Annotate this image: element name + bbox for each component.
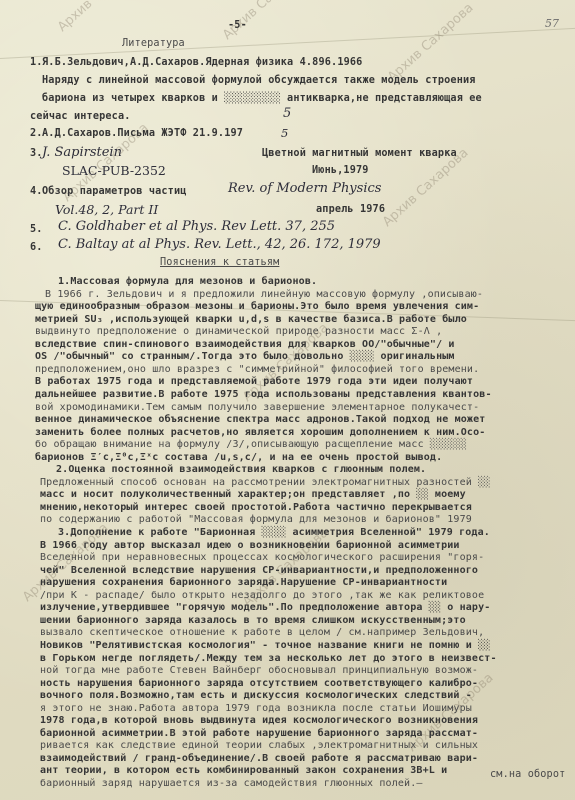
body-text-line: излучение,утвердившее "горячую модель".П…: [40, 602, 490, 613]
body-text-line: взаимодействий / гранд-объединение/.В св…: [40, 753, 478, 764]
body-text-line: барионной асимметрии.В этой работе наруш…: [40, 728, 478, 739]
reference-1-note-line: бариона из четырех кварков и ░░░░░░░░░ а…: [42, 93, 482, 104]
reference-3-title: Цветной магнитный момент кварка: [262, 148, 457, 159]
watermark: Архив Сахарова: [55, 0, 147, 35]
reference-3-author: J. Sapirstein: [42, 145, 122, 160]
body-text-line: шении барионного заряда казалось в то вр…: [40, 615, 466, 626]
reference-2-number: 2.: [30, 128, 43, 139]
scanned-document-page: Архив Сахарова Архив Сахарова Архив Саха…: [0, 0, 575, 800]
reference-3-date: Июнь,1979: [312, 165, 369, 176]
footer-see-reverse: см.на оборот: [490, 769, 565, 780]
body-text-line: мнению,некоторый интерес своей простотой…: [40, 502, 472, 513]
body-text-line: вочного поля.Возможно,там есть и дискусс…: [40, 690, 472, 701]
reference-1-note-line: Наряду с линейной массовой формулой обсу…: [42, 75, 476, 86]
reference-5-number: 5.: [30, 224, 43, 235]
body-text-line: вой хромодинамики.Тем самым получило зав…: [35, 402, 479, 413]
body-text-line: 1.Массовая формула для мезонов и барионо…: [58, 276, 317, 287]
body-text-line: Вселенной при неравновесных процессах ко…: [40, 552, 484, 563]
body-text-line: венное динамическое объяснение спектра м…: [35, 414, 485, 425]
paper-crease: [0, 27, 575, 59]
reference-5-citation: C. Goldhaber et al Phys. Rev Lett. 37, 2…: [58, 219, 335, 234]
reference-4-journal: Rev. of Modern Physics: [228, 181, 381, 196]
references-heading: Литература: [122, 38, 185, 49]
body-text-line: вследствие спин-спинового взаимодействия…: [35, 339, 455, 350]
body-text-line: ант теории, в котором есть комбинированн…: [40, 765, 447, 776]
body-text-line: ность нарушения барионного заряда отсутс…: [40, 678, 478, 689]
body-text-line: выдвинуто предположение о динамической п…: [35, 326, 442, 337]
body-text-line: Новиков "Релятивистская космология" - то…: [40, 640, 490, 651]
body-text-line: 2.Оценка постоянной взаимодействия кварк…: [56, 464, 426, 475]
body-text-line: дальнейшее развитие.В работе 1975 года и…: [35, 389, 492, 400]
handwritten-correction: 5: [283, 106, 291, 121]
body-text-line: 1978 года,в которой вновь выдвинута идея…: [40, 715, 478, 726]
body-text-line: Предложенный способ основан на рассмотре…: [40, 477, 490, 488]
body-text-line: ривается как следствие единой теории сла…: [40, 740, 478, 751]
body-text-line: масс и носит полуколичественный характер…: [40, 489, 466, 500]
reference-1-number: 1.: [30, 57, 43, 68]
body-text-line: заменить более полных расчетов,но являет…: [35, 427, 485, 438]
body-text-line: В 1966 году автор высказал идею о возник…: [40, 540, 460, 551]
archive-page-number: 57: [545, 17, 559, 30]
body-text-line: 3.Дополнение к работе "Барионная ░░░░ ас…: [58, 527, 490, 538]
body-text-line: в Горьком негде поглядеть/.Между тем за …: [40, 653, 497, 664]
body-text-line: нарушения сохранения барионного заряда.Н…: [40, 577, 447, 588]
body-text-line: барионный заряд нарушается из-за самодей…: [40, 778, 423, 789]
body-text-line: В 1966 г. Зельдович и я предложили линей…: [45, 289, 483, 300]
body-text-line: бо обращаю внимание на формулу /3/,описы…: [35, 439, 467, 450]
body-text-line: метрией SU₃ ,использующей кварки u,d,s в…: [35, 314, 467, 325]
notes-heading: Пояснения к статьям: [160, 257, 279, 268]
body-text-line: В работах 1975 года и представляемой раб…: [35, 376, 473, 387]
body-text-line: чей" Вселенной вследствие нарушения CP-и…: [40, 565, 478, 576]
body-text-line: вызвало скептическое отношение к работе …: [40, 627, 484, 638]
body-text-line: ной тогда мне работе Стевен Вайнберг обо…: [40, 665, 478, 676]
body-text-line: /при K - распаде/ было открыто незадолго…: [40, 590, 484, 601]
reference-3-report-id: SLAC-PUB-2352: [62, 163, 166, 178]
reference-4-number: 4.: [30, 186, 43, 197]
reference-1-note-line: сейчас интереса.: [30, 111, 131, 122]
body-text-line: предположением,оно шло вразрез с "симмет…: [35, 364, 479, 375]
reference-1-text: Я.Б.Зельдович,А.Д.Сахаров.Ядерная физика…: [42, 57, 362, 68]
body-text-line: щую единообразным образом мезоны и барио…: [35, 301, 479, 312]
reference-6-number: 6.: [30, 242, 43, 253]
reference-4-volume: Vol.48, 2, Part II: [55, 202, 158, 217]
body-text-line: барионов Ξ′c,Ξ⁰c,Ξˣc состава /u,s,c/, и …: [35, 452, 442, 463]
reference-4-date: апрель 1976: [316, 204, 385, 215]
reference-6-citation: C. Baltay at al Phys. Rev. Lett., 42, 26…: [58, 237, 381, 252]
reference-2-text: А.Д.Сахаров.Письма ЖЭТФ 21.9.197: [42, 128, 243, 139]
reference-4-text: Обзор параметров частиц: [42, 186, 187, 197]
body-text-line: по содержанию с работой "Массовая формул…: [40, 514, 472, 525]
reference-3-number: 3.: [30, 148, 43, 159]
page-marker: -5-: [228, 20, 247, 31]
body-text-line: OS /"обычный" со странным/.Тогда это был…: [35, 351, 455, 362]
body-text-line: я этого не знаю.Работа автора 1979 года …: [40, 703, 472, 714]
reference-2-handwritten-year: 5: [281, 126, 288, 140]
watermark: Архив Сахарова: [385, 0, 477, 85]
